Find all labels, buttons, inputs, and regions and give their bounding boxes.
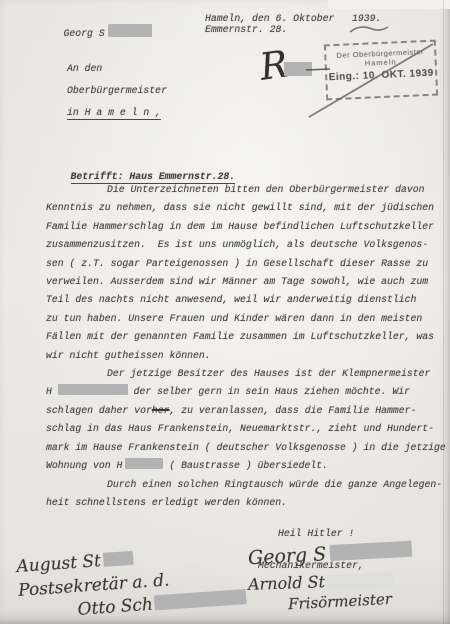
body-line: mark im Hause Frankenstein ( deutscher V…: [46, 439, 448, 457]
redaction-sender: [108, 24, 152, 37]
body-line: schlag in das Haus Frankenstein, Neuemar…: [46, 420, 448, 438]
body-line: verweilen. Ausserdem sind wir Männer am …: [46, 273, 448, 291]
body-line: Fällen mit der genannten Familie zusamme…: [46, 328, 448, 346]
stamp-received-date: Eing.: 10. OKT. 1939: [327, 68, 435, 84]
document-page: Georg S Hameln, den 6. Oktober 1939. Emm…: [0, 0, 450, 624]
body-line: heit schnellstens erledigt werden können…: [46, 494, 448, 512]
recipient-line-1: An den: [67, 58, 167, 80]
receipt-stamp: Der Oberbürgermeister Hameln Eing.: 10. …: [324, 40, 438, 101]
redaction-signature: [102, 551, 133, 567]
body-line: sen ( z.T. sogar Parteigenossen ) in Ges…: [46, 255, 448, 273]
letter-body: Die Unterzeichneten bitten den Oberbürge…: [46, 181, 448, 512]
body-line: Durch einen solchen Ringtausch würde die…: [46, 476, 448, 494]
body-line-redacted: H der selber gern in sein Haus ziehen mö…: [46, 383, 448, 401]
redaction-owner-name: [58, 384, 128, 395]
street-line: Emmernstr. 28.: [205, 24, 381, 35]
body-line: wir nicht gutheissen können.: [46, 347, 448, 365]
date-block: Hameln, den 6. Oktober 1939. Emmernstr. …: [205, 13, 381, 35]
scan-artifact-corner: [328, 0, 450, 9]
body-line: Die Unterzeichneten bitten den Oberbürge…: [46, 181, 448, 199]
redaction-signature: [154, 589, 247, 610]
redaction-annotation: [284, 62, 312, 76]
redaction-signature-light: [327, 573, 393, 588]
recipient-line-2: Oberbürgermeister: [67, 80, 167, 102]
closing-salute: Heil Hitler !: [278, 528, 354, 539]
body-line: zusammenzusitzen. Es ist uns unmöglich, …: [46, 236, 448, 254]
body-line-redacted: Wohnung von H ( Baustrasse ) übersiedelt…: [46, 457, 448, 475]
struck-text: her: [152, 405, 170, 416]
body-line: Der jetzige Besitzer des Hauses ist der …: [46, 365, 448, 383]
signature-block-right: Georg S Mechanikermeister, Arnold St Fri…: [248, 543, 412, 610]
body-line: zu tun haben. Unsere Frauen und Kinder w…: [46, 310, 448, 328]
redaction-signature: [330, 541, 413, 561]
recipient-block: An den Oberbürgermeister in H a m e l n …: [67, 58, 167, 124]
recipient-line-3: in H a m e l n ,: [67, 102, 167, 124]
body-line: Kenntnis zu nehmen, dass sie nicht gewil…: [46, 199, 448, 217]
redaction-tenant-name: [125, 458, 163, 469]
body-line-strikethrough: schlagen daher vorher, zu veranlassen, d…: [46, 402, 448, 420]
signature-block-left: August St Postsekretär a. d. Otto Sch: [16, 540, 248, 624]
sender-name: Georg S: [64, 28, 105, 39]
body-line: Teil des nachts nicht anwesend, weil wir…: [46, 291, 448, 309]
body-line: Familie Hammerschlag in dem im Hause bef…: [46, 218, 448, 236]
date-line: Hameln, den 6. Oktober 1939.: [205, 13, 381, 24]
sender-line: Georg S: [40, 13, 152, 50]
